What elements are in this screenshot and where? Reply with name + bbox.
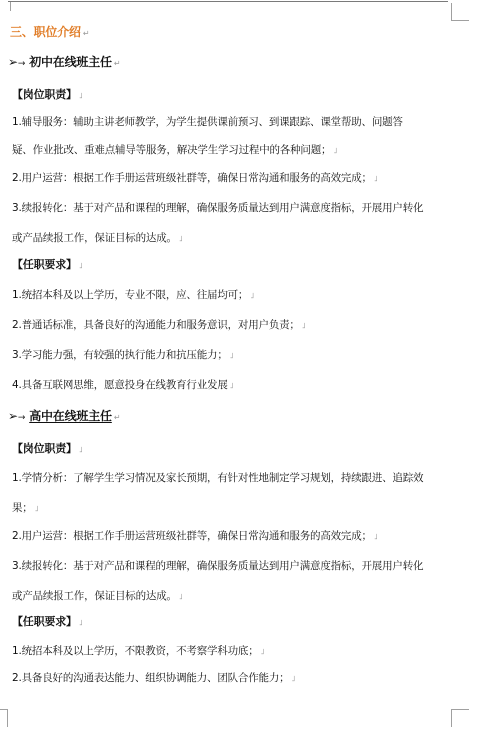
duty-item-continuation[interactable]: 或产品续报工作，保证目标的达成。˩ bbox=[12, 589, 183, 604]
margin-corner-bottom-right bbox=[451, 709, 469, 727]
cell-end-mark-icon: ˩ bbox=[79, 445, 83, 454]
bullet-arrow-icon: ➢ bbox=[8, 55, 18, 69]
cell-end-mark-icon: ˩ bbox=[261, 647, 265, 656]
duties-heading-junior[interactable]: 【岗位职责】˩ bbox=[12, 88, 83, 103]
paragraph-mark-icon: ↵ bbox=[114, 413, 121, 422]
duty-item[interactable]: 1.学情分析：了解学生学习情况及家长预期，有针对性地制定学习规划，持续跟进、追踪… bbox=[12, 471, 423, 485]
duty-item[interactable]: 1.辅导服务：辅助主讲老师教学，为学生提供课前预习、到课跟踪、课堂帮助、问题答 bbox=[12, 115, 403, 129]
duty-item-continuation[interactable]: 疑、作业批改、重难点辅导等服务，解决学生学习过程中的各种问题；˩ bbox=[12, 143, 337, 158]
cell-end-mark-icon: ˩ bbox=[179, 234, 183, 243]
requirement-item[interactable]: 2.具备良好的沟通表达能力、组织协调能力、团队合作能力；˩ bbox=[12, 671, 295, 686]
cell-end-mark-icon: ˩ bbox=[230, 381, 234, 390]
duty-item[interactable]: 3.续报转化：基于对产品和课程的理解，确保服务质量达到用户满意度指标，开展用户转… bbox=[12, 201, 423, 215]
tab-arrow-icon: → bbox=[18, 413, 25, 423]
cell-end-mark-icon: ˩ bbox=[179, 592, 183, 601]
margin-corner-top-right bbox=[451, 3, 469, 21]
duty-item[interactable]: 2.用户运营：根据工作手册运营班级社群等，确保日常沟通和服务的高效完成；˩ bbox=[12, 171, 378, 186]
requirement-item[interactable]: 1.统招本科及以上学历，专业不限，应、往届均可；˩ bbox=[12, 288, 254, 303]
duty-item[interactable]: 3.续报转化：基于对产品和课程的理解，确保服务质量达到用户满意度指标，开展用户转… bbox=[12, 559, 423, 573]
cell-end-mark-icon: ˩ bbox=[79, 91, 83, 100]
cell-end-mark-icon: ˩ bbox=[35, 504, 39, 513]
margin-corner-bottom-left bbox=[0, 709, 8, 727]
job-title-senior[interactable]: ➢→高中在线班主任↵ bbox=[8, 409, 120, 425]
cell-end-mark-icon: ˩ bbox=[302, 321, 306, 330]
cell-end-mark-icon: ˩ bbox=[250, 291, 254, 300]
margin-corner-top-left bbox=[7, 2, 11, 11]
cell-end-mark-icon: ˩ bbox=[374, 532, 378, 541]
cell-end-mark-icon: ˩ bbox=[333, 146, 337, 155]
page-top-border bbox=[8, 1, 448, 2]
cell-end-mark-icon: ˩ bbox=[374, 174, 378, 183]
cell-end-mark-icon: ˩ bbox=[79, 261, 83, 270]
document-page: 三、职位介绍↵ ➢→初中在线班主任↵ 【岗位职责】˩ 1.辅导服务：辅助主讲老师… bbox=[0, 0, 503, 739]
paragraph-mark-icon: ↵ bbox=[114, 59, 121, 68]
section-title[interactable]: 三、职位介绍↵ bbox=[10, 25, 89, 41]
cell-end-mark-icon: ˩ bbox=[291, 674, 295, 683]
paragraph-mark-icon: ↵ bbox=[83, 29, 90, 38]
cell-end-mark-icon: ˩ bbox=[230, 351, 234, 360]
requirement-item[interactable]: 1.统招本科及以上学历，不限教资，不考察学科功底；˩ bbox=[12, 644, 264, 659]
requirements-heading-junior[interactable]: 【任职要求】˩ bbox=[12, 258, 83, 273]
requirements-heading-senior[interactable]: 【任职要求】˩ bbox=[12, 615, 83, 630]
tab-arrow-icon: → bbox=[18, 59, 25, 69]
requirement-item[interactable]: 2.普通话标准，具备良好的沟通能力和服务意识，对用户负责；˩ bbox=[12, 318, 305, 333]
duty-item[interactable]: 2.用户运营：根据工作手册运营班级社群等，确保日常沟通和服务的高效完成；˩ bbox=[12, 529, 378, 544]
requirement-item[interactable]: 3.学习能力强，有较强的执行能力和抗压能力；˩ bbox=[12, 348, 233, 363]
duties-heading-senior[interactable]: 【岗位职责】˩ bbox=[12, 442, 83, 457]
job-title-junior[interactable]: ➢→初中在线班主任↵ bbox=[8, 55, 120, 71]
duty-item-continuation[interactable]: 或产品续报工作，保证目标的达成。˩ bbox=[12, 231, 183, 246]
cell-end-mark-icon: ˩ bbox=[79, 618, 83, 627]
duty-item-continuation[interactable]: 果；˩ bbox=[12, 501, 38, 516]
requirement-item[interactable]: 4.具备互联网思维，愿意投身在线教育行业发展˩ bbox=[12, 378, 233, 393]
bullet-arrow-icon: ➢ bbox=[8, 409, 18, 423]
